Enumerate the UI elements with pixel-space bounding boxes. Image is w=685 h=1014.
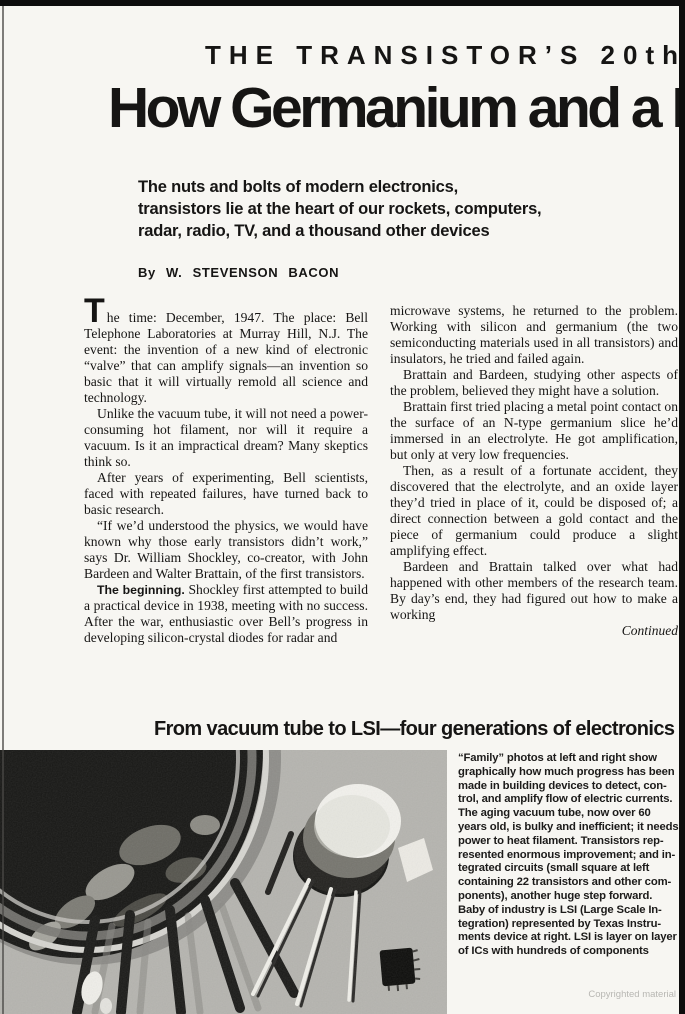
paragraph-text: Brattain and Bardeen, studying other asp… [390, 367, 678, 398]
deck-line: transistors lie at the heart of our rock… [138, 198, 541, 220]
paragraph-text: Bardeen and Brattain talked over what ha… [390, 559, 678, 622]
caption-lead-in: “Family” photos [458, 752, 544, 764]
paragraph-text: Unlike the vacuum tube, it will not need… [84, 406, 368, 469]
caption-line: made in building devices to detect, con- [458, 780, 685, 794]
caption-text: at left and right show [544, 752, 657, 764]
paragraph-text: microwave systems, he returned to the pr… [390, 303, 678, 366]
byline: By W. STEVENSON BACON [138, 265, 339, 280]
photo-caption: “Family” photos at left and right show g… [458, 752, 685, 959]
deck-line: radar, radio, TV, and a thousand other d… [138, 220, 541, 242]
paragraph: The time: December, 1947. The place: Bel… [84, 303, 368, 406]
kicker-title: THE TRANSISTOR’S 20th [205, 40, 685, 71]
paragraph: Brattain and Bardeen, studying other asp… [390, 367, 678, 399]
scan-edge-top [0, 0, 685, 6]
paragraph-text: Brattain first tried placing a metal poi… [390, 399, 678, 462]
paragraph: Bardeen and Brattain talked over what ha… [390, 559, 678, 623]
caption-line: resented enormous improvement; and in- [458, 849, 685, 863]
scan-edge-left [2, 6, 4, 1014]
article-column-left: The time: December, 1947. The place: Bel… [84, 303, 368, 646]
paragraph: The beginning. Shockley first attempted … [84, 582, 368, 646]
scan-edge-right [679, 0, 685, 1014]
film-grain [0, 750, 447, 1014]
paragraph: Brattain first tried placing a metal poi… [390, 399, 678, 463]
caption-line: containing 22 transistors and other com- [458, 876, 685, 890]
paragraph-text: “If we’d understood the physics, we woul… [84, 518, 368, 581]
paragraph-text: he time: December, 1947. The place: Bell… [84, 310, 368, 405]
initial-cap: T [84, 292, 105, 330]
caption-line: years old, is bulky and inefficient; it … [458, 821, 685, 835]
caption-line: Baby of industry is LSI (Large Scale In- [458, 904, 685, 918]
continued-note: Continued [390, 623, 678, 639]
family-photo [0, 750, 447, 1014]
caption-line: trol, and amplify flow of electric curre… [458, 793, 685, 807]
caption-line: of ICs with hundreds of components [458, 945, 685, 959]
paragraph: Then, as a result of a fortunate acciden… [390, 463, 678, 559]
caption-line: The aging vacuum tube, now over 60 [458, 807, 685, 821]
headline: How Germanium and a Bit [108, 80, 685, 137]
caption-line: graphically how much progress has been [458, 766, 685, 780]
paragraph: After years of experimenting, Bell scien… [84, 470, 368, 518]
paragraph: microwave systems, he returned to the pr… [390, 303, 678, 367]
article-column-right: microwave systems, he returned to the pr… [390, 303, 678, 639]
paragraph-text: After years of experimenting, Bell scien… [84, 470, 368, 517]
deck: The nuts and bolts of modern electronics… [138, 176, 541, 242]
paragraph: Unlike the vacuum tube, it will not need… [84, 406, 368, 470]
caption-line: ments device at right. LSI is layer on l… [458, 931, 685, 945]
paragraph-lead-in: The beginning. [97, 583, 185, 597]
copyright-notice: Copyrighted material [588, 989, 676, 1000]
paragraph-text: Then, as a result of a fortunate acciden… [390, 463, 678, 558]
caption-line: tegration) represented by Texas Instru- [458, 918, 685, 932]
paragraph: “If we’d understood the physics, we woul… [84, 518, 368, 582]
deck-line: The nuts and bolts of modern electronics… [138, 176, 541, 198]
magazine-page: THE TRANSISTOR’S 20th How Germanium and … [0, 0, 685, 1014]
caption-line: power to heat filament. Transistors rep- [458, 835, 685, 849]
feature-section-header: From vacuum tube to LSI—four generations… [154, 718, 674, 741]
caption-line: “Family” photos at left and right show [458, 752, 685, 766]
caption-line: ponents), another huge step forward. [458, 890, 685, 904]
caption-line: tegrated circuits (small square at left [458, 862, 685, 876]
